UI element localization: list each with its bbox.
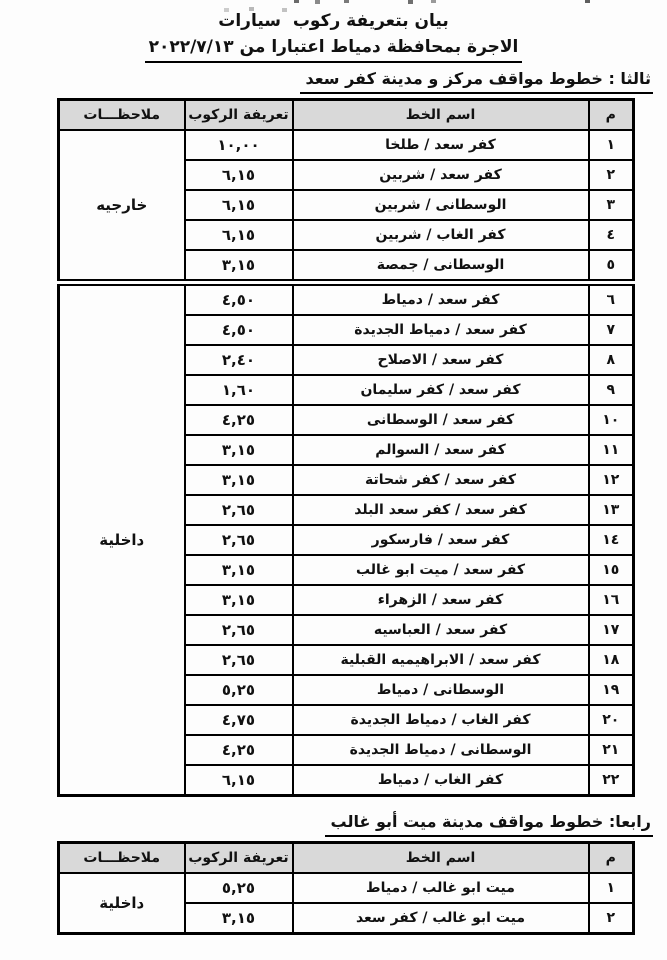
table-row: ٦كفر سعد / دمياط٤,٥٠داخلية (59, 283, 634, 316)
notes-cell: داخلية (59, 873, 185, 934)
clipped-text-artifact (0, 0, 3, 2)
fare-cell: ٤,٢٥ (185, 405, 293, 435)
document-subtitle-row: الاجرة بمحافظة دمياط اعتبارا من ٢٠٢٢/٧/١… (0, 37, 667, 63)
column-header-notes: ملاحظـــات (59, 843, 185, 874)
fare-cell: ٤,٥٠ (185, 283, 293, 316)
scanned-document-page: بيان بتعريفة ركوب سيارات الاجرة بمحافظة … (0, 0, 667, 960)
fare-cell: ٣,١٥ (185, 465, 293, 495)
fare-cell: ٤,٧٥ (185, 705, 293, 735)
fare-table-header: ماسم الخطتعريفة الركوبملاحظـــات (59, 843, 634, 874)
row-number-cell: ١٤ (589, 525, 634, 555)
fare-cell: ٣,١٥ (185, 250, 293, 283)
table-row: ١كفر سعد / طلخا١٠,٠٠خارجيه (59, 130, 634, 160)
fare-cell: ٤,٢٥ (185, 735, 293, 765)
fare-cell: ٢,٦٥ (185, 615, 293, 645)
fare-cell: ٦,١٥ (185, 160, 293, 190)
row-number-cell: ٢٠ (589, 705, 634, 735)
row-number-cell: ١٣ (589, 495, 634, 525)
row-number-cell: ١٧ (589, 615, 634, 645)
fare-cell: ٥,٢٥ (185, 873, 293, 903)
fare-cell: ٢,٦٥ (185, 495, 293, 525)
line-name-cell: كفر سعد / السوالم (293, 435, 589, 465)
line-name-cell: كفر سعد / شربين (293, 160, 589, 190)
row-number-cell: ٧ (589, 315, 634, 345)
column-header-num: م (589, 843, 634, 874)
line-name-cell: كفر سعد / كفر سليمان (293, 375, 589, 405)
fare-cell: ٦,١٥ (185, 765, 293, 796)
line-name-cell: كفر سعد / العباسيه (293, 615, 589, 645)
column-header-fare: تعريفة الركوب (185, 843, 293, 874)
document-title: بيان بتعريفة ركوب سيارات (0, 8, 667, 34)
fare-table-kafr-saad: ماسم الخطتعريفة الركوبملاحظـــات ١كفر سع… (57, 98, 635, 797)
section-heading-row-fourth: رابعا: خطوط مواقف مدينة ميت أبو غالب (0, 811, 653, 837)
section-heading-row-third: ثالثا : خطوط مواقف مركز و مدينة كفر سعد (0, 68, 653, 94)
section-heading-fourth: رابعا: خطوط مواقف مدينة ميت أبو غالب (325, 811, 653, 837)
row-number-cell: ١٠ (589, 405, 634, 435)
fare-cell: ٦,١٥ (185, 190, 293, 220)
fare-cell: ٢,٦٥ (185, 645, 293, 675)
row-number-cell: ١ (589, 873, 634, 903)
row-number-cell: ٨ (589, 345, 634, 375)
row-number-cell: ٢٢ (589, 765, 634, 796)
row-number-cell: ٥ (589, 250, 634, 283)
fare-cell: ٣,١٥ (185, 435, 293, 465)
row-number-cell: ١٨ (589, 645, 634, 675)
line-name-cell: كفر سعد / كفر سعد البلد (293, 495, 589, 525)
fare-table-meet-abu-ghalib: ماسم الخطتعريفة الركوبملاحظـــات ١ميت اب… (57, 841, 635, 935)
fare-cell: ٦,١٥ (185, 220, 293, 250)
fare-table-header: ماسم الخطتعريفة الركوبملاحظـــات (59, 100, 634, 131)
fare-cell: ٣,١٥ (185, 555, 293, 585)
fare-cell: ٢,٤٠ (185, 345, 293, 375)
line-name-cell: الوسطانى / دمياط (293, 675, 589, 705)
column-header-line: اسم الخط (293, 843, 589, 874)
row-number-cell: ٩ (589, 375, 634, 405)
header-row: ماسم الخطتعريفة الركوبملاحظـــات (59, 843, 634, 874)
fare-cell: ٢,٦٥ (185, 525, 293, 555)
row-number-cell: ١٩ (589, 675, 634, 705)
line-name-cell: كفر سعد / دمياط الجديدة (293, 315, 589, 345)
notes-cell: خارجيه (59, 130, 185, 283)
line-name-cell: كفر سعد / كفر شحاتة (293, 465, 589, 495)
line-name-cell: ميت ابو غالب / دمياط (293, 873, 589, 903)
line-name-cell: كفر سعد / الوسطانى (293, 405, 589, 435)
section-heading-third: ثالثا : خطوط مواقف مركز و مدينة كفر سعد (300, 68, 653, 94)
line-name-cell: ميت ابو غالب / كفر سعد (293, 903, 589, 934)
fare-cell: ١٠,٠٠ (185, 130, 293, 160)
row-number-cell: ١٥ (589, 555, 634, 585)
fare-cell: ٣,١٥ (185, 903, 293, 934)
row-number-cell: ١١ (589, 435, 634, 465)
column-header-notes: ملاحظـــات (59, 100, 185, 131)
line-name-cell: كفر سعد / الابراهيميه القبلية (293, 645, 589, 675)
row-number-cell: ٢١ (589, 735, 634, 765)
line-name-cell: كفر سعد / ميت ابو غالب (293, 555, 589, 585)
line-name-cell: كفر الغاب / دمياط (293, 765, 589, 796)
fare-cell: ٤,٥٠ (185, 315, 293, 345)
fare-cell: ١,٦٠ (185, 375, 293, 405)
line-name-cell: كفر سعد / الزهراء (293, 585, 589, 615)
fare-cell: ٣,١٥ (185, 585, 293, 615)
column-header-num: م (589, 100, 634, 131)
table-row: ١ميت ابو غالب / دمياط٥,٢٥داخلية (59, 873, 634, 903)
line-name-cell: كفر الغاب / شربين (293, 220, 589, 250)
line-name-cell: كفر الغاب / دمياط الجديدة (293, 705, 589, 735)
line-name-cell: كفر سعد / فارسكور (293, 525, 589, 555)
row-number-cell: ١٦ (589, 585, 634, 615)
row-number-cell: ٤ (589, 220, 634, 250)
document-subtitle: الاجرة بمحافظة دمياط اعتبارا من ٢٠٢٢/٧/١… (145, 37, 523, 63)
row-number-cell: ٦ (589, 283, 634, 316)
notes-cell: داخلية (59, 283, 185, 796)
line-name-cell: كفر سعد / دمياط (293, 283, 589, 316)
fare-cell: ٥,٢٥ (185, 675, 293, 705)
line-name-cell: الوسطانى / شربين (293, 190, 589, 220)
fare-table-body: ١ميت ابو غالب / دمياط٥,٢٥داخلية٢ميت ابو … (59, 873, 634, 934)
line-name-cell: الوسطانى / جمصة (293, 250, 589, 283)
fare-table-body: ١كفر سعد / طلخا١٠,٠٠خارجيه٢كفر سعد / شرب… (59, 130, 634, 796)
line-name-cell: الوسطانى / دمياط الجديدة (293, 735, 589, 765)
line-name-cell: كفر سعد / طلخا (293, 130, 589, 160)
column-header-fare: تعريفة الركوب (185, 100, 293, 131)
row-number-cell: ٣ (589, 190, 634, 220)
row-number-cell: ١٢ (589, 465, 634, 495)
column-header-line: اسم الخط (293, 100, 589, 131)
row-number-cell: ٢ (589, 903, 634, 934)
line-name-cell: كفر سعد / الاصلاح (293, 345, 589, 375)
row-number-cell: ٢ (589, 160, 634, 190)
row-number-cell: ١ (589, 130, 634, 160)
header-row: ماسم الخطتعريفة الركوبملاحظـــات (59, 100, 634, 131)
